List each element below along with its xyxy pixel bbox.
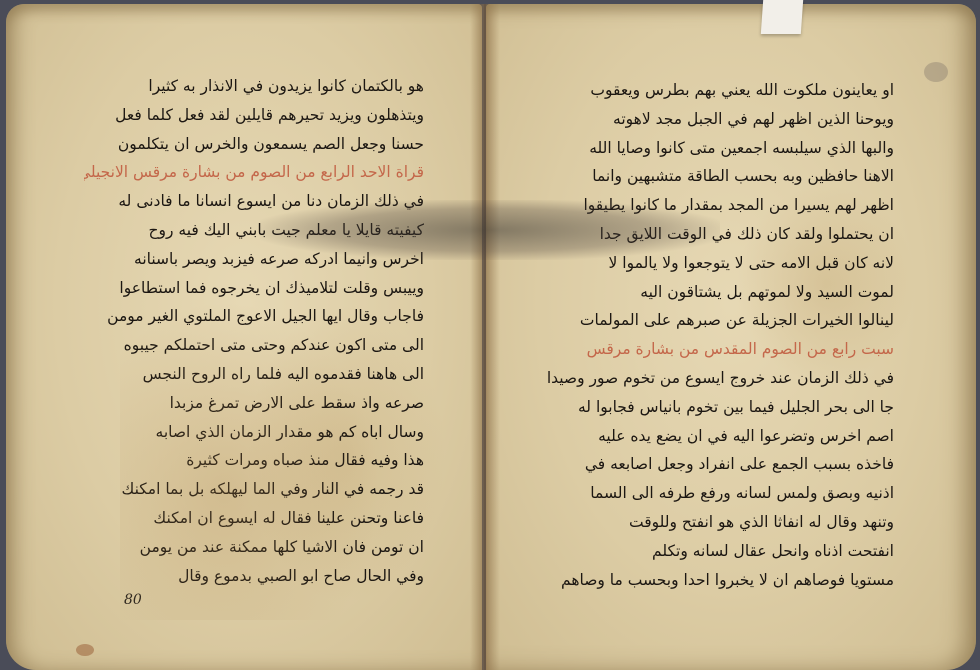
text-line: لينالوا الخيرات الجزيلة عن صبرهم على الم… <box>526 306 894 335</box>
text-line: جا الى بحر الجليل فيما بين تخوم بانياس ف… <box>526 393 894 422</box>
text-line: انفتحت اذناه وانحل عقال لسانه وتكلم <box>526 537 894 566</box>
right-page-text: او يعاينون ملكوت الله يعني بهم بطرس ويعق… <box>526 76 894 594</box>
text-line: وييبس وقلت لتلاميذك ان يخرجوه فما استطاع… <box>84 274 424 303</box>
manuscript-spread: هو بالكتمان كانوا يزيدون في الانذار به ك… <box>0 0 980 670</box>
text-line: هو بالكتمان كانوا يزيدون في الانذار به ك… <box>84 72 424 101</box>
text-line: اذنيه وبصق ولمس لسانه ورفع طرفه الى السم… <box>526 479 894 508</box>
text-line: لموت السيد ولا لموتهم بل يشتاقون اليه <box>526 278 894 307</box>
book-gutter <box>470 4 500 670</box>
text-line: اصم اخرس وتضرعوا اليه في ان يضع يده عليه <box>526 422 894 451</box>
text-line: ويوحنا الذين اظهر لهم في الجبل مجد لاهوت… <box>526 105 894 134</box>
text-line: الاهنا حافظين وبه بحسب الطاقة متشبهين وا… <box>526 162 894 191</box>
text-line: مستويا فوصاهم ان لا يخبروا احدا وبحسب ما… <box>526 566 894 595</box>
dark-smudge-stain <box>260 200 720 260</box>
spot <box>924 62 948 82</box>
rubric-heading: قراة الاحد الرابع من الصوم من بشارة مرقس… <box>84 158 424 187</box>
text-line: في ذلك الزمان عند خروج ايسوع من تخوم صور… <box>526 364 894 393</box>
text-line: ويتذهلون ويزيد تحيرهم قايلين لقد فعل كلم… <box>84 101 424 130</box>
water-stain <box>120 300 380 620</box>
ink-blot <box>76 644 94 656</box>
text-line: والبها الذي سيلبسه اجمعين متى كانوا وصاي… <box>526 134 894 163</box>
rubric-heading: سبت رابع من الصوم المقدس من بشارة مرقس <box>526 335 894 364</box>
text-line: فاخذه بسبب الجمع على انفراد وجعل اصابعه … <box>526 450 894 479</box>
text-line: وتنهد وقال له انفاثا الذي هو انفتح وللوق… <box>526 508 894 537</box>
text-line: او يعاينون ملكوت الله يعني بهم بطرس ويعق… <box>526 76 894 105</box>
right-page: او يعاينون ملكوت الله يعني بهم بطرس ويعق… <box>486 4 976 670</box>
text-line: حسنا وجعل الصم يسمعون والخرس ان يتكلمون <box>84 130 424 159</box>
paper-bookmark-tab <box>761 0 803 34</box>
